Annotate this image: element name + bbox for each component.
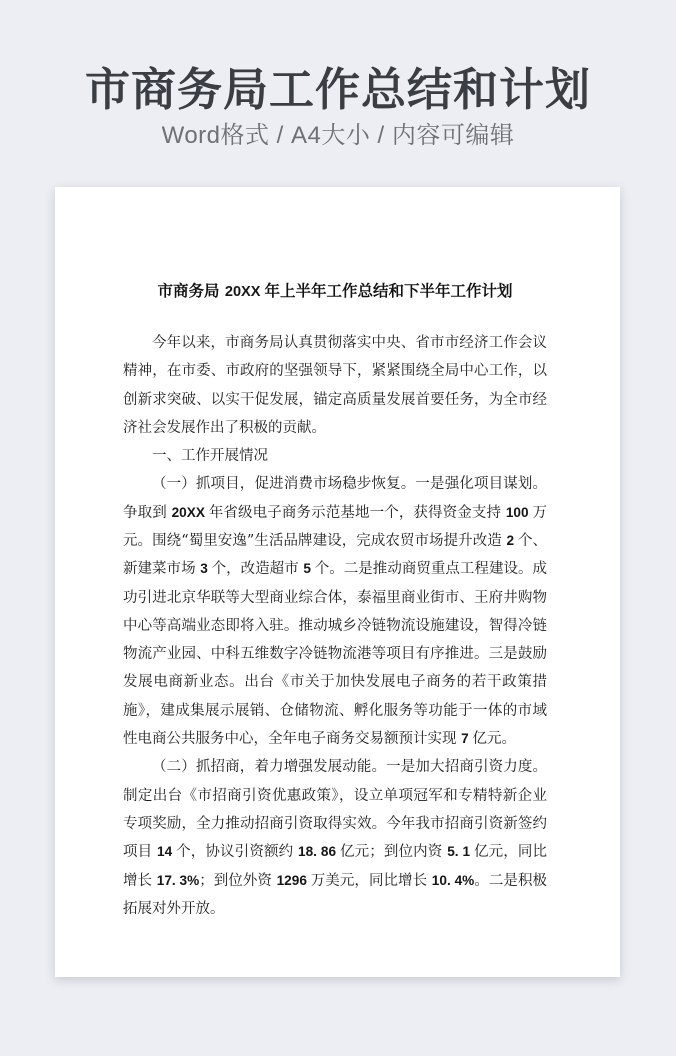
document-page: 市商务局 20XX 年上半年工作总结和下半年工作计划 今年以来，市商务局认真贯彻… (55, 187, 620, 977)
page-subtitle: Word格式 / A4大小 / 内容可编辑 (0, 123, 676, 149)
document-paragraph-section-1-item-1: （一）抓项目，促进消费市场稳步恢复。一是强化项目谋划。争取到 20XX 年省级电… (123, 470, 547, 753)
document-paragraph-section-1-item-2: （二）抓招商，着力增强发展动能。一是加大招商引资力度。制定出台《市招商引资优惠政… (123, 753, 547, 923)
page-title: 市商务局工作总结和计划 (0, 0, 676, 114)
document-section-heading-1: 一、工作开展情况 (123, 442, 547, 470)
document-paragraph-intro: 今年以来，市商务局认真贯彻落实中央、省市市经济工作会议精神，在市委、市政府的坚强… (123, 329, 547, 442)
header: 市商务局工作总结和计划 Word格式 / A4大小 / 内容可编辑 (0, 0, 676, 149)
page-background: 市商务局工作总结和计划 Word格式 / A4大小 / 内容可编辑 市商务局 2… (0, 0, 676, 1056)
document-body: 市商务局 20XX 年上半年工作总结和下半年工作计划 今年以来，市商务局认真贯彻… (123, 281, 547, 923)
document-title: 市商务局 20XX 年上半年工作总结和下半年工作计划 (123, 281, 547, 302)
